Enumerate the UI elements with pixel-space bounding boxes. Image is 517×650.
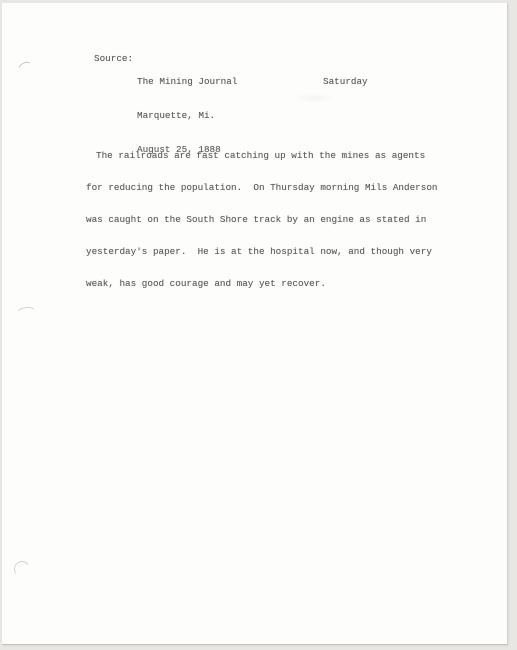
weekday-label: Saturday <box>323 76 368 87</box>
article-line: yesterday's paper. He is at the hospital… <box>86 247 437 258</box>
article-line: for reducing the population. On Thursday… <box>86 183 437 194</box>
source-label: Source: <box>94 53 133 64</box>
document-page: Source: The Mining Journal Marquette, Mi… <box>2 3 508 645</box>
publication-name: The Mining Journal <box>137 76 237 87</box>
punch-hole-mark <box>15 306 37 321</box>
punch-hole-mark <box>15 59 37 81</box>
article-text: The railroads are fast catching up with … <box>86 130 437 311</box>
ink-smudge <box>293 93 335 103</box>
article-line: was caught on the South Shore track by a… <box>86 215 437 226</box>
punch-hole-mark <box>13 560 31 578</box>
article-line: weak, has good courage and may yet recov… <box>86 279 437 290</box>
publication-location: Marquette, Mi. <box>137 110 237 121</box>
article-line: The railroads are fast catching up with … <box>86 151 437 162</box>
scan-background: Source: The Mining Journal Marquette, Mi… <box>0 0 517 650</box>
